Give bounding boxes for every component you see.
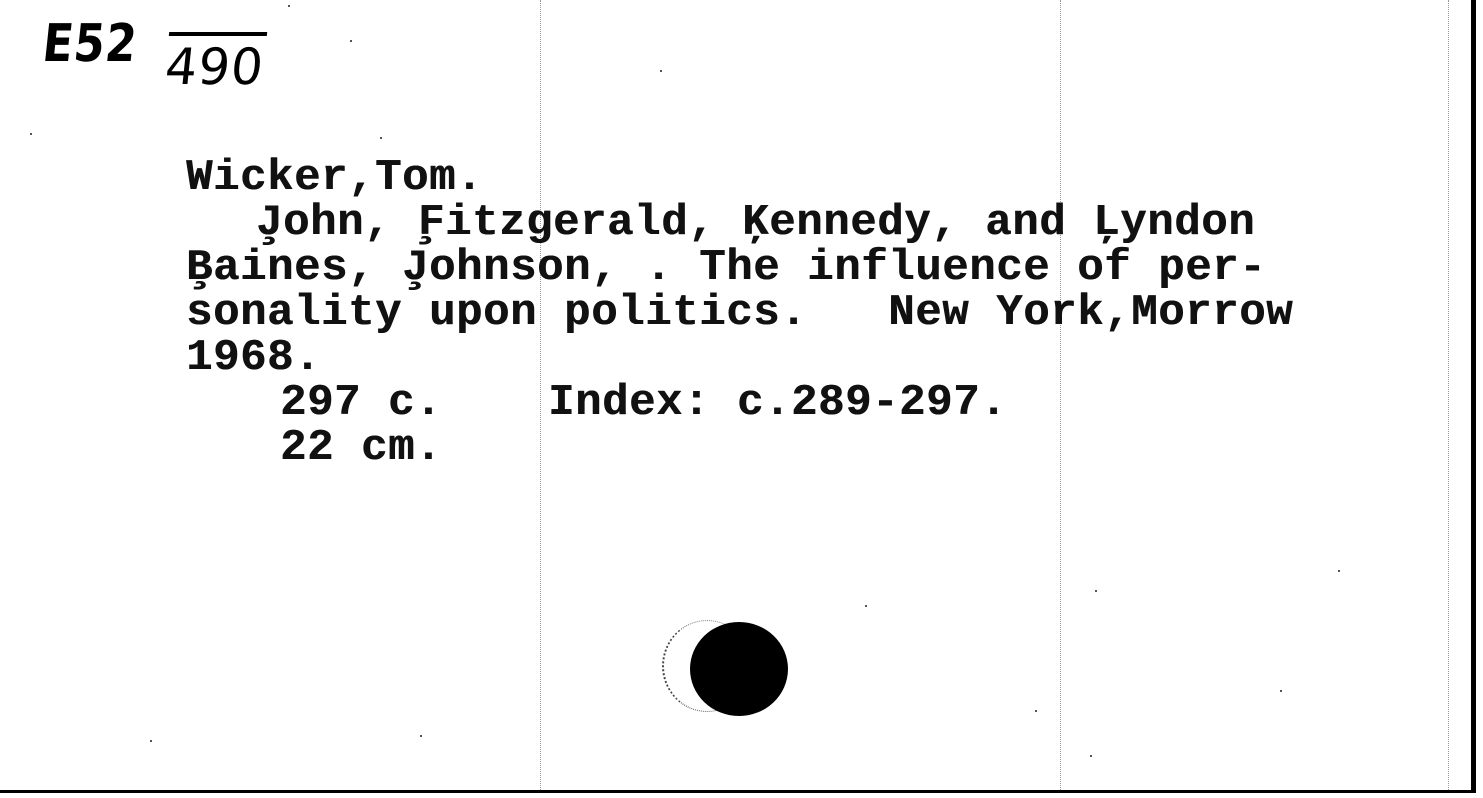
speck [30,133,32,135]
imprint-year: 1968. [186,336,321,381]
speck [1090,755,1092,757]
speck [350,40,352,42]
speck [420,735,422,737]
speck [1338,570,1340,572]
catalog-card: E52490 Wicker,Tom. J̧ohn, F̧itzgerald, K… [0,0,1476,793]
punch-hole [690,622,788,716]
speck [1280,690,1282,692]
author-heading: Wicker,Tom. [186,156,483,201]
pagination: 297 c. [280,381,442,426]
title-line-2: B̧aines, J̧ohnson, . The influence of pe… [186,246,1266,291]
speck [1035,710,1037,712]
call-number-cutter: 490 [163,32,268,92]
scan-guideline [1060,0,1061,790]
size-note: 22 cm. [280,426,442,471]
speck [150,740,152,742]
speck [865,605,867,607]
scan-guideline [1448,0,1449,790]
title-line-1: J̧ohn, F̧itzgerald, Ķennedy, and Ļyndo… [256,201,1255,246]
index-note: Index: c.289-297. [548,381,1007,426]
title-line-3: sonality upon politics. New York,Morrow [186,291,1293,336]
speck [660,70,662,72]
scan-guideline [540,0,541,790]
speck [1095,590,1097,592]
call-number: E52490 [38,14,270,92]
speck [380,137,382,139]
speck [288,5,290,7]
call-number-class: E52 [40,14,141,74]
